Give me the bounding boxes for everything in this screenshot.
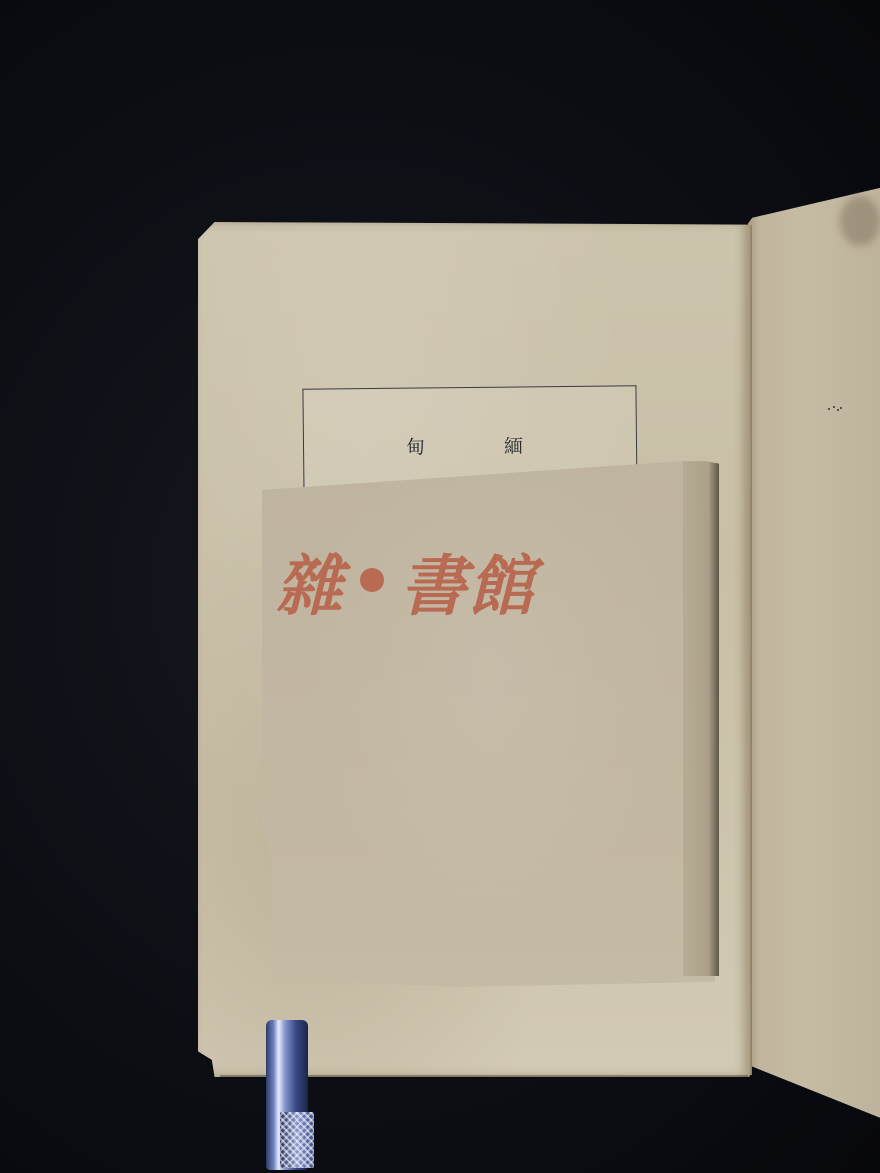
watermark: 雜 書館 [276,530,606,630]
metal-pin-knurl [280,1112,314,1168]
watermark-right: 書館 [400,533,536,628]
printed-char-2: 緬 [504,431,523,458]
right-page [748,186,880,1121]
ink-specks [826,404,844,414]
printed-char-1: 甸 [406,432,425,459]
watermark-left: 雜 [276,533,344,628]
slip-folded-edge [683,461,719,976]
watermark-dot-icon [360,568,384,592]
paper-stain [840,196,880,246]
